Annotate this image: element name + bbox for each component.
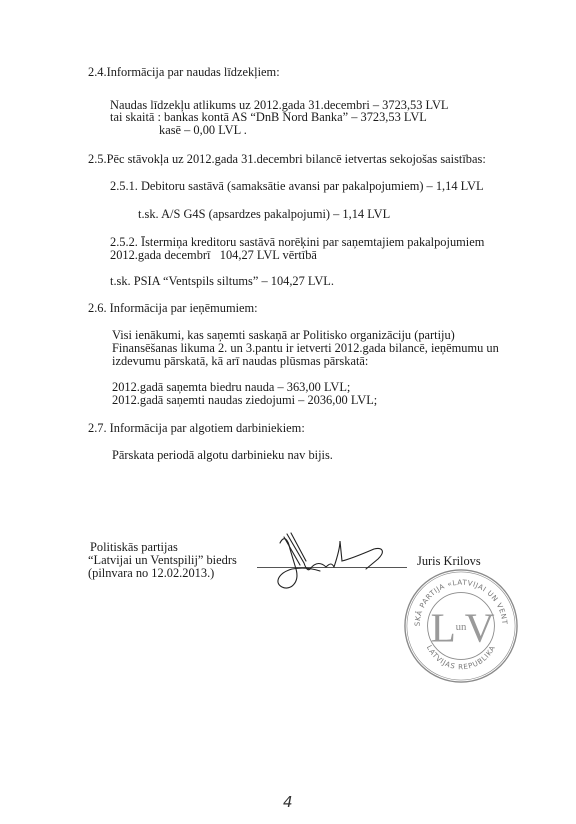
cash-register-line: kasē – 0,00 LVL . xyxy=(159,124,247,137)
seal-letter-v: V xyxy=(465,605,495,651)
section-2-5-heading: 2.5.Pēc stāvokļa uz 2012.gada 31.decembr… xyxy=(88,153,486,166)
section-2-7-heading: 2.7. Informācija par algotiem darbinieki… xyxy=(88,422,305,435)
item-2-5-2-line2: 2012.gada decembrī 104,27 LVL vērtībā xyxy=(110,249,317,262)
section-2-4-heading: 2.4.Informācija par naudas līdzekļiem: xyxy=(88,66,280,79)
item-2-5-1-detail: t.sk. A/S G4S (apsardzes pakalpojumi) – … xyxy=(138,208,390,221)
section-2-6-heading: 2.6. Informācija par ieņēmumiem: xyxy=(88,302,258,315)
handwritten-signature xyxy=(270,525,420,595)
bank-account-line: tai skaitā : bankas kontā AS “DnB Nord B… xyxy=(110,111,427,124)
income-para-line3: izdevumu pārskatā, kā arī naudas plūsmas… xyxy=(112,355,368,368)
signatory-authority-line: (pilnvara no 12.02.2013.) xyxy=(88,567,214,580)
item-2-5-2-detail: t.sk. PSIA “Ventspils siltums” – 104,27 … xyxy=(110,275,334,288)
party-seal-stamp: POLITISKĀ PARTIJA «LATVIJAI UN VENTSPILI… xyxy=(402,567,520,685)
page-number: 4 xyxy=(283,793,293,811)
donations-line: 2012.gadā saņemti naudas ziedojumi – 203… xyxy=(112,394,377,407)
employees-text: Pārskata periodā algotu darbinieku nav b… xyxy=(112,449,333,462)
seal-letter-l: L xyxy=(431,605,456,651)
item-2-5-1: 2.5.1. Debitoru sastāvā (samaksātie avan… xyxy=(110,180,484,193)
